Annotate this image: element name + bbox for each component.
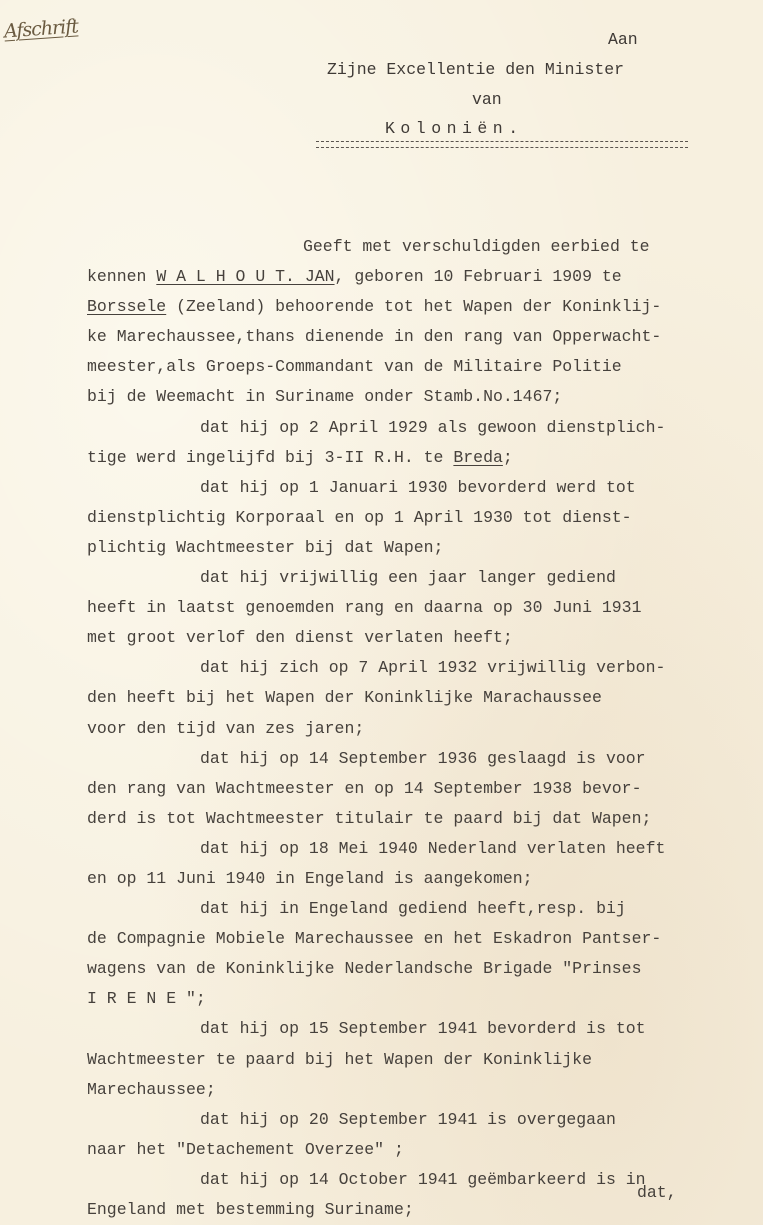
- body-line: dat hij op 18 Mei 1940 Nederland verlate…: [87, 834, 763, 864]
- body-line: dat hij op 15 September 1941 bevorderd i…: [87, 1014, 763, 1044]
- body-line: den heeft bij het Wapen der Koninklijke …: [87, 683, 763, 713]
- body-line: voor den tijd van zes jaren;: [87, 714, 763, 744]
- body-line: heeft in laatst genoemden rang en daarna…: [87, 593, 763, 623]
- body-line: dat hij op 14 September 1936 geslaagd is…: [87, 744, 763, 774]
- body-line: bij de Weemacht in Suriname onder Stamb.…: [87, 382, 763, 412]
- body-line: dat hij zich op 7 April 1932 vrijwillig …: [87, 653, 763, 683]
- addressee-title: Zijne Excellentie den Minister: [327, 60, 624, 79]
- body-line: Geeft met verschuldigden eerbied te: [87, 232, 763, 262]
- body-line: Wachtmeester te paard bij het Wapen der …: [87, 1045, 763, 1075]
- letter-body: Geeft met verschuldigden eerbied te kenn…: [87, 232, 763, 1225]
- body-line: Marechaussee;: [87, 1075, 763, 1105]
- page-catchword: dat,: [637, 1183, 677, 1202]
- text-span: kennen: [87, 267, 156, 286]
- body-line: wagens van de Koninklijke Nederlandsche …: [87, 954, 763, 984]
- body-line: dienstplichtig Korporaal en op 1 April 1…: [87, 503, 763, 533]
- document-page: Afschrift Aan Zijne Excellentie den Mini…: [0, 0, 763, 1225]
- body-line: dat hij in Engeland gediend heeft,resp. …: [87, 894, 763, 924]
- body-line: derd is tot Wachtmeester titulair te paa…: [87, 804, 763, 834]
- body-line: de Compagnie Mobiele Marechaussee en het…: [87, 924, 763, 954]
- body-line: dat hij vrijwillig een jaar langer gedie…: [87, 563, 763, 593]
- body-line: ke Marechaussee,thans dienende in den ra…: [87, 322, 763, 352]
- body-line: tige werd ingelijfd bij 3-II R.H. te Bre…: [87, 443, 763, 473]
- addressee-aan: Aan: [608, 30, 638, 49]
- body-line: den rang van Wachtmeester en op 14 Septe…: [87, 774, 763, 804]
- body-line: kennen W A L H O U T. JAN, geboren 10 Fe…: [87, 262, 763, 292]
- addressee-double-rule: [316, 141, 688, 148]
- body-line: meester,als Groeps-Commandant van de Mil…: [87, 352, 763, 382]
- body-line: I R E N E ";: [87, 984, 763, 1014]
- body-line: Borssele (Zeeland) behoorende tot het Wa…: [87, 292, 763, 322]
- body-line: naar het "Detachement Overzee" ;: [87, 1135, 763, 1165]
- text-span: , geboren 10 Februari 1909 te: [335, 267, 622, 286]
- body-line: met groot verlof den dienst verlaten hee…: [87, 623, 763, 653]
- body-line: en op 11 Juni 1940 in Engeland is aangek…: [87, 864, 763, 894]
- addressee-van: van: [472, 90, 502, 109]
- body-line: dat hij op 2 April 1929 als gewoon diens…: [87, 413, 763, 443]
- enlistment-place: Breda: [453, 448, 503, 467]
- body-line: plichtig Wachtmeester bij dat Wapen;: [87, 533, 763, 563]
- addressee-ministry: Koloniën.: [385, 119, 524, 138]
- birthplace: Borssele: [87, 297, 166, 316]
- handwritten-copy-note: Afschrift: [3, 15, 78, 42]
- applicant-name: W A L H O U T. JAN: [156, 267, 334, 286]
- text-span: (Zeeland) behoorende tot het Wapen der K…: [166, 297, 661, 316]
- body-line: dat hij op 20 September 1941 is overgega…: [87, 1105, 763, 1135]
- text-span: ;: [503, 448, 513, 467]
- text-span: tige werd ingelijfd bij 3-II R.H. te: [87, 448, 453, 467]
- body-line: dat hij op 1 Januari 1930 bevorderd werd…: [87, 473, 763, 503]
